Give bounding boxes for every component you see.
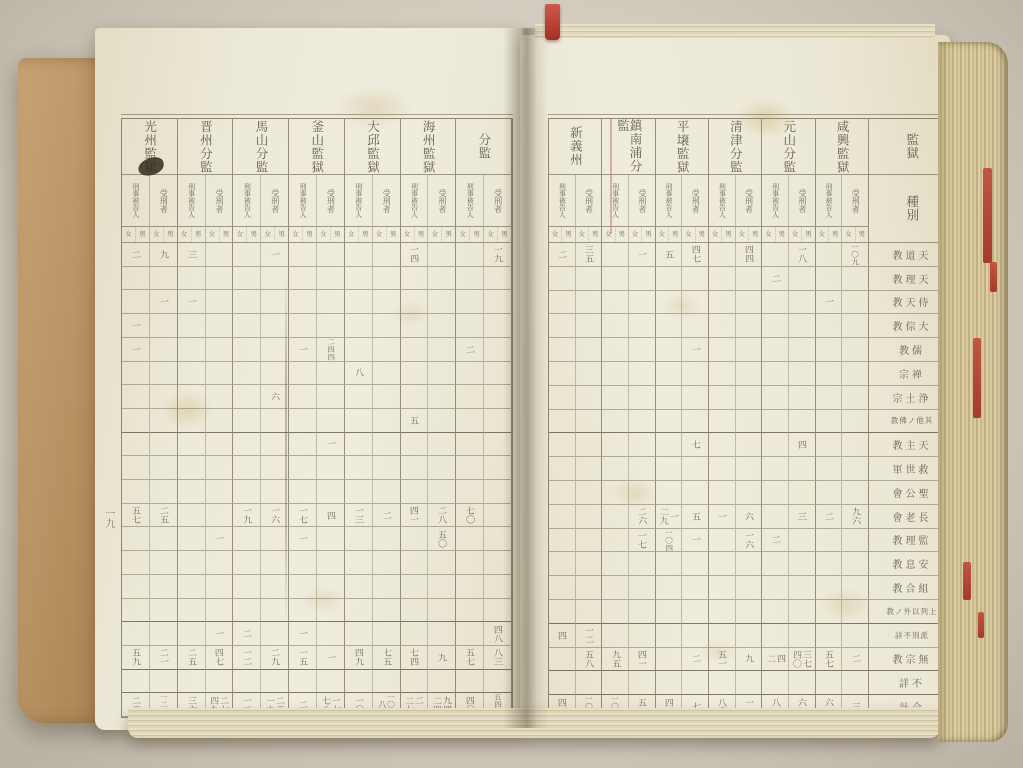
subheader-defendants: 刑事被告人 (772, 183, 779, 218)
data-cell (178, 267, 206, 291)
data-cell (842, 576, 869, 600)
data-cell (789, 624, 816, 648)
data-cell (736, 291, 763, 315)
data-cell (549, 600, 576, 624)
row-label-char: 組 (918, 580, 930, 595)
gender-header-cell: 女男 (789, 227, 816, 243)
value-female: 二九 (659, 507, 669, 525)
data-cell (206, 243, 234, 267)
row-label-char: 詳 (895, 630, 903, 641)
data-cell (428, 456, 456, 480)
subheader-convicts-cell: 受刑者 (629, 175, 656, 227)
data-cell (233, 551, 261, 575)
data-cell (206, 409, 234, 433)
data-cell (178, 575, 206, 599)
subheader-defendants-cell: 刑事被告人 (345, 175, 373, 227)
data-cell: 五 (656, 243, 683, 267)
value-pair: 一 (178, 290, 205, 313)
gender-male: 男 (246, 227, 260, 242)
data-cell (629, 267, 656, 291)
data-cell (682, 291, 709, 315)
value-male: 九 (159, 250, 168, 259)
data-cell (576, 505, 603, 529)
value-male: 五九 (131, 648, 141, 666)
data-cell (629, 338, 656, 362)
data-cell (709, 386, 736, 410)
gender-pair: 女男 (373, 227, 400, 242)
gender-female: 女 (549, 227, 561, 242)
data-cell (789, 362, 816, 386)
data-cell (842, 457, 869, 481)
value-pair: 一二九 (656, 505, 682, 528)
value-male: 一 (637, 250, 646, 259)
value-male: 六 (744, 512, 753, 521)
data-cell (345, 409, 373, 433)
subheader-defendants-cell: 刑事被告人 (816, 175, 843, 227)
value-pair: 四 (549, 624, 575, 647)
data-cell (428, 290, 456, 314)
value-pair: 九 (428, 646, 455, 669)
data-cell (816, 267, 843, 291)
value-male: 二 (691, 654, 700, 663)
gender-male: 男 (668, 227, 681, 242)
data-cell (206, 314, 234, 338)
value-pair: 三 (789, 505, 815, 528)
data-cell: 二 (373, 504, 401, 528)
row-label-char: 道 (905, 247, 917, 262)
data-cell (456, 314, 484, 338)
value-pair: 一 (709, 505, 735, 528)
photo-open-ledger-book: { "scene": { "background_color": "#d3cdc… (0, 0, 1023, 768)
data-cell (709, 243, 736, 267)
row-label-char: 儒 (912, 342, 924, 357)
data-cell (428, 362, 456, 386)
row-label-char: 教 (891, 415, 899, 426)
data-cell (206, 362, 234, 386)
gender-header-cell: 女男 (576, 227, 603, 243)
data-cell (373, 290, 401, 314)
gender-header-cell: 女男 (602, 227, 629, 243)
value-male: 三七 (802, 650, 812, 668)
data-cell (456, 409, 484, 433)
data-cell (709, 576, 736, 600)
value-pair: 一 (317, 646, 344, 669)
data-cell (178, 385, 206, 409)
data-cell (549, 552, 576, 576)
row-label-char: 宗 (905, 651, 917, 666)
data-cell (317, 290, 345, 314)
data-cell (428, 670, 456, 694)
subheader-convicts: 受刑者 (159, 189, 167, 213)
gender-header-cell: 女男 (428, 227, 456, 243)
data-cell: 四七 (682, 243, 709, 267)
subheader-defendants: 刑事被告人 (466, 183, 473, 218)
data-cell (373, 599, 401, 623)
value-pair: 一八 (789, 243, 815, 266)
value-male: 一 (691, 345, 700, 354)
value-pair: 二一 (150, 646, 177, 669)
data-cell (401, 599, 429, 623)
data-cell (428, 409, 456, 433)
data-cell: 七 (682, 433, 709, 457)
row-label-char: 侍 (918, 294, 930, 309)
data-cell (261, 622, 289, 646)
value-male: 二八 (437, 506, 447, 524)
value-male: 一 (717, 512, 726, 521)
data-cell: 一 (709, 505, 736, 529)
data-cell (233, 480, 261, 504)
data-cell (456, 527, 484, 551)
data-cell (345, 314, 373, 338)
value-male: 四一 (637, 650, 647, 668)
data-cell (736, 481, 763, 505)
data-cell: 一 (816, 291, 843, 315)
value-male: 一 (298, 629, 307, 638)
data-cell (233, 314, 261, 338)
data-cell (682, 386, 709, 410)
data-cell (602, 243, 629, 267)
data-cell (816, 457, 843, 481)
data-cell (456, 243, 484, 267)
subheader-defendants-cell: 刑事被告人 (762, 175, 789, 227)
left-page-table: 光州監獄晋州分監馬山分監釜山監獄大邱監獄海州監獄分監刑事被告人受刑者刑事被告人受… (121, 118, 513, 718)
value-pair: 四一 (401, 504, 428, 527)
data-cell (576, 362, 603, 386)
data-cell (549, 338, 576, 362)
row-label-char: 他 (916, 415, 924, 426)
data-cell: 一 (317, 433, 345, 457)
data-cell (682, 362, 709, 386)
data-cell (150, 670, 178, 694)
data-cell (233, 409, 261, 433)
data-cell: 二 (233, 622, 261, 646)
data-cell (762, 338, 789, 362)
value-pair: 二 (373, 504, 400, 527)
gender-male: 男 (748, 227, 761, 242)
gender-female: 女 (373, 227, 386, 242)
data-cell: 二 (842, 648, 869, 672)
row-label-char: 會 (892, 485, 904, 500)
row-label-char: 長 (918, 509, 930, 524)
subheader-defendants-cell: 刑事被告人 (178, 175, 206, 227)
row-label-char: 主 (905, 437, 917, 452)
gender-male: 男 (191, 227, 205, 242)
data-cell (709, 624, 736, 648)
value-pair: 七〇 (456, 504, 483, 527)
data-cell (345, 527, 373, 551)
data-cell (289, 551, 317, 575)
gender-female: 女 (206, 227, 219, 242)
row-label-char: 息 (905, 556, 917, 571)
corner-header-category-text: 種別 (905, 195, 918, 222)
row-label-char: 老 (905, 509, 917, 524)
data-cell (656, 362, 683, 386)
value-male: 一 (326, 653, 335, 662)
value-pair: 四二 (762, 648, 788, 671)
row-label: 天主教 (892, 437, 930, 452)
data-cell (602, 671, 629, 695)
subheader-defendants: 刑事被告人 (825, 183, 832, 218)
row-label-char: 不 (912, 675, 924, 690)
data-cell: 六 (736, 505, 763, 529)
data-cell (842, 410, 869, 434)
subheader-defendants-cell: 刑事被告人 (602, 175, 629, 227)
value-male: 二五 (158, 506, 168, 524)
data-cell (736, 600, 763, 624)
value-male: 二六 (637, 507, 647, 525)
data-cell (401, 551, 429, 575)
data-cell (373, 314, 401, 338)
data-cell (602, 529, 629, 553)
data-cell (549, 314, 576, 338)
data-cell (602, 386, 629, 410)
data-cell (629, 314, 656, 338)
data-cell (736, 314, 763, 338)
data-cell (629, 433, 656, 457)
row-label: 浄土宗 (892, 390, 930, 405)
value-male: 二四四 (326, 338, 334, 361)
gender-header-cell: 女男 (345, 227, 373, 243)
data-cell (289, 290, 317, 314)
data-cell (345, 338, 373, 362)
gender-male: 男 (135, 227, 149, 242)
data-cell (317, 622, 345, 646)
page-number: 一九 (103, 508, 113, 528)
value-pair: 二 (762, 267, 788, 290)
data-cell (842, 291, 869, 315)
gender-male: 男 (163, 227, 177, 242)
subheader-convicts: 受刑者 (584, 189, 592, 213)
row-label-char: 宗 (892, 390, 904, 405)
data-cell (122, 409, 150, 433)
data-cell (456, 551, 484, 575)
gender-female: 女 (629, 227, 641, 242)
gender-female: 女 (656, 227, 668, 242)
row-label-char: 天 (918, 247, 930, 262)
subheader-convicts-cell: 受刑者 (682, 175, 709, 227)
subheader-defendants: 刑事被告人 (188, 183, 195, 218)
data-cell (816, 671, 843, 695)
data-cell: 二八 (428, 504, 456, 528)
data-cell (206, 338, 234, 362)
data-cell (789, 338, 816, 362)
value-male: 四 (776, 654, 785, 663)
gender-header-cell: 女男 (122, 227, 150, 243)
prison-name: 清津分監 (729, 120, 742, 174)
data-cell: 一七 (629, 529, 656, 553)
data-cell (150, 575, 178, 599)
data-cell (178, 362, 206, 386)
gender-female: 女 (682, 227, 694, 242)
data-cell (401, 290, 429, 314)
data-cell (373, 385, 401, 409)
data-cell: 七五 (373, 646, 401, 670)
red-edge-mark (983, 168, 992, 263)
prison-name: 海州監獄 (422, 120, 435, 174)
gender-female: 女 (789, 227, 801, 242)
gender-header-cell: 女男 (401, 227, 429, 243)
value-pair: 九 (736, 648, 762, 671)
data-cell: 一 (178, 290, 206, 314)
data-cell (656, 648, 683, 672)
data-cell (629, 576, 656, 600)
gender-pair: 女男 (682, 227, 708, 242)
data-cell (373, 551, 401, 575)
data-cell (178, 314, 206, 338)
data-cell (816, 529, 843, 553)
page-edges-top (535, 24, 935, 38)
value-male: 一四 (409, 245, 419, 263)
left-page: 光州監獄晋州分監馬山分監釜山監獄大邱監獄海州監獄分監刑事被告人受刑者刑事被告人受… (95, 28, 523, 730)
gender-header-cell: 女男 (456, 227, 484, 243)
data-cell: 一 (261, 243, 289, 267)
data-cell (816, 386, 843, 410)
data-cell: 九六 (842, 505, 869, 529)
value-pair: 一 (150, 290, 177, 313)
row-label-char: 教 (892, 556, 904, 571)
data-cell (122, 385, 150, 409)
row-label-char: 教 (892, 532, 904, 547)
data-cell (428, 551, 456, 575)
row-label-char: 以 (912, 606, 920, 617)
value-male: 四八 (493, 624, 503, 642)
data-cell (401, 456, 429, 480)
data-cell (401, 267, 429, 291)
value-pair: 一 (629, 243, 655, 266)
value-male: 二 (381, 510, 390, 519)
row-label-char: 合 (905, 580, 917, 595)
gender-header-cell: 女男 (373, 227, 401, 243)
value-pair: 二 (762, 529, 788, 552)
data-cell: 四一 (401, 504, 429, 528)
data-cell (206, 599, 234, 623)
data-cell (629, 624, 656, 648)
gender-female: 女 (317, 227, 330, 242)
subheader-convicts: 受刑者 (851, 189, 859, 213)
row-label-char: 教 (892, 271, 904, 286)
value-pair: 二 (549, 243, 575, 266)
data-cell (401, 670, 429, 694)
value-pair: 四九 (345, 646, 372, 669)
data-cell: 一二 (576, 624, 603, 648)
data-cell (345, 575, 373, 599)
data-cell (629, 671, 656, 695)
value-pair: 一 (682, 338, 708, 361)
data-cell (736, 576, 763, 600)
data-cell: 一〇九 (842, 243, 869, 267)
gender-female: 女 (150, 227, 163, 242)
value-male: 九 (437, 653, 446, 662)
value-male: 五七 (465, 648, 475, 666)
subheader-defendants: 刑事被告人 (243, 183, 250, 218)
value-pair: 一 (122, 338, 149, 361)
subheader-defendants: 刑事被告人 (558, 183, 565, 218)
data-cell (656, 433, 683, 457)
data-cell: 一四 (401, 243, 429, 267)
row-label-char: 教 (892, 247, 904, 262)
subheader-defendants-cell: 刑事被告人 (233, 175, 261, 227)
data-cell (122, 575, 150, 599)
data-cell (842, 529, 869, 553)
row-label-char: 教 (892, 651, 904, 666)
value-pair: 一七 (629, 529, 655, 552)
row-label: 組合教 (892, 580, 930, 595)
gender-header-cell: 女男 (317, 227, 345, 243)
gender-male: 男 (219, 227, 233, 242)
data-cell (206, 456, 234, 480)
value-male: 七 (691, 440, 700, 449)
value-male: 九 (744, 654, 753, 663)
data-cell (762, 624, 789, 648)
data-cell: 五 (401, 409, 429, 433)
data-cell (842, 481, 869, 505)
data-cell (549, 576, 576, 600)
data-cell (736, 671, 763, 695)
data-cell (373, 409, 401, 433)
value-female: 四〇 (792, 650, 802, 668)
data-cell (233, 433, 261, 457)
value-male: 四七 (690, 245, 700, 263)
subheader-convicts: 受刑者 (382, 189, 390, 213)
data-cell (816, 481, 843, 505)
data-cell (289, 267, 317, 291)
data-cell (656, 457, 683, 481)
value-pair: 二 (122, 243, 149, 266)
value-pair: 一 (206, 622, 233, 645)
data-cell (656, 481, 683, 505)
data-cell (401, 385, 429, 409)
gender-male: 男 (855, 227, 868, 242)
data-cell (150, 338, 178, 362)
gender-header-cell: 女男 (816, 227, 843, 243)
value-pair: 五〇 (428, 527, 455, 550)
prison-name: 分監 (477, 133, 490, 160)
gender-male: 男 (721, 227, 734, 242)
value-pair: 四 (317, 504, 344, 527)
data-cell (549, 410, 576, 434)
data-cell (456, 267, 484, 291)
data-cell (428, 243, 456, 267)
data-cell (842, 386, 869, 410)
data-cell: 五〇 (428, 527, 456, 551)
data-cell (736, 624, 763, 648)
data-cell (842, 362, 869, 386)
data-cell (576, 529, 603, 553)
data-cell (736, 267, 763, 291)
red-edge-mark (990, 262, 997, 292)
data-cell (233, 243, 261, 267)
gender-female: 女 (456, 227, 469, 242)
data-cell (682, 267, 709, 291)
data-cell (150, 599, 178, 623)
data-cell (709, 291, 736, 315)
data-cell (629, 410, 656, 434)
value-pair: 一 (317, 433, 344, 456)
data-cell (178, 504, 206, 528)
data-cell (261, 670, 289, 694)
data-cell (762, 410, 789, 434)
value-pair: 三五 (576, 243, 602, 266)
subheader-defendants: 刑事被告人 (612, 183, 619, 218)
data-cell (233, 267, 261, 291)
subheader-defendants: 刑事被告人 (718, 183, 725, 218)
data-cell: 二四四 (317, 338, 345, 362)
data-cell: 七〇 (456, 504, 484, 528)
row-label-char: 教 (892, 294, 904, 309)
value-male: 四 (557, 631, 566, 640)
data-cell (345, 243, 373, 267)
value-male: 五〇 (437, 530, 447, 548)
